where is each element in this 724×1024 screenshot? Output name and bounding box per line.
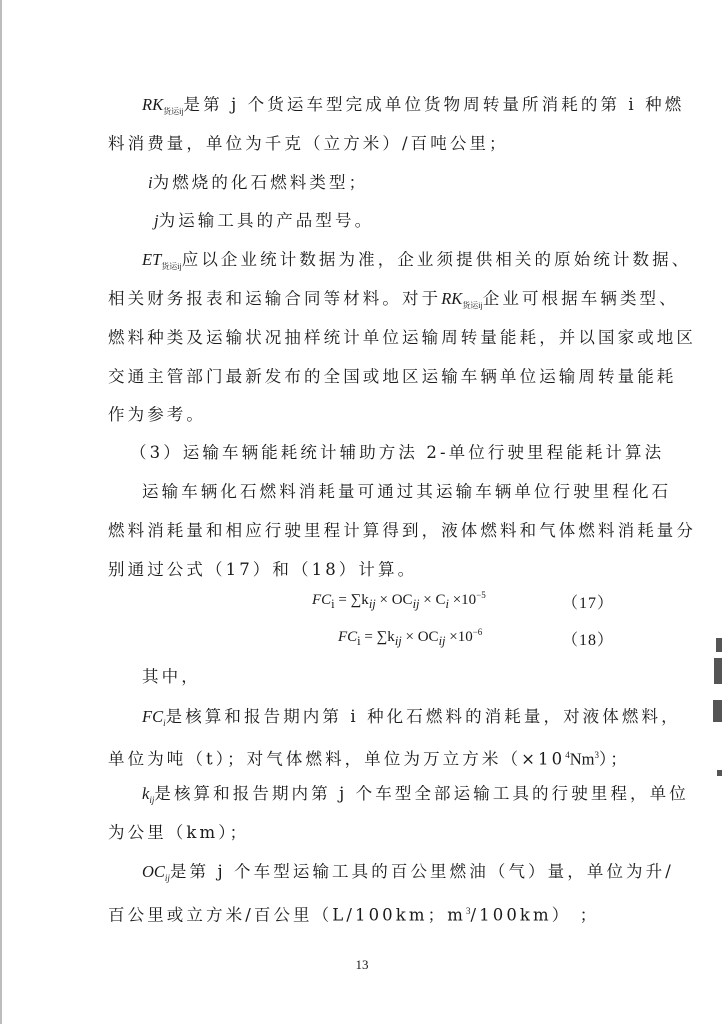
scan-edge-marks <box>712 630 724 780</box>
paragraph-et-line2: 相关财务报表和运输合同等材料。对于RK货运ij企业可根据车辆类型、 <box>108 289 679 316</box>
paragraph-oc-line2: 百公里或立方米/百公里（L/100km；m3/100km） ； <box>108 901 599 926</box>
equation-number-17: （17） <box>562 590 614 613</box>
formula-18: FCi = ∑kij × OCij ×10−6 <box>338 627 482 649</box>
paragraph-fc-line1: FCi是核算和报告期内第 i 种化石燃料的消耗量，对液体燃料， <box>142 707 681 733</box>
paragraph-rk-definition-line2: 料消费量，单位为千克（立方米）/百吨公里； <box>108 134 509 154</box>
page-number: 13 <box>0 957 724 973</box>
paragraph-method-line1: 运输车辆化石燃料消耗量可通过其运输车辆单位行驶里程化石 <box>142 482 671 502</box>
equation-number-18: （18） <box>562 627 614 650</box>
paragraph-et-line3: 燃料种类及运输状况抽样统计单位运输周转量能耗，并以国家或地区 <box>108 328 696 348</box>
formula-17: FCi = ∑kij × OCij × Ci ×10−5 <box>312 590 486 612</box>
paragraph-et-line4: 交通主管部门最新发布的全国或地区运输车辆单位运输周转量能耗 <box>108 367 676 387</box>
paragraph-method-line2: 燃料消耗量和相应行驶里程计算得到，液体燃料和气体燃料消耗量分 <box>108 521 696 541</box>
paragraph-rk-definition-line1: RK货运ij是第 j 个货运车型完成单位货物周转量所消耗的第 i 种燃 <box>142 95 684 122</box>
paragraph-k-line2: 为公里（km）； <box>108 823 249 843</box>
paragraph-i-definition: i为燃烧的化石燃料类型； <box>148 173 368 193</box>
paragraph-oc-line1: OCij是第 j 个车型运输工具的百公里燃油（气）量，单位为升/ <box>142 862 674 888</box>
scan-left-edge <box>0 0 2 1024</box>
where-label: 其中， <box>142 667 201 687</box>
paragraph-et-line1: ET货运ij应以企业统计数据为准，企业须提供相关的原始统计数据、 <box>142 250 691 277</box>
section-heading: （3）运输车辆能耗统计辅助方法 2-单位行驶里程能耗计算法 <box>130 443 664 463</box>
paragraph-k-line1: kij是核算和报告期内第 j 个车型全部运输工具的行驶里程，单位 <box>142 784 689 810</box>
paragraph-et-line5: 作为参考。 <box>108 405 206 425</box>
paragraph-fc-line2: 单位为吨（t）；对气体燃料，单位为万立方米（×104Nm3）； <box>108 745 630 770</box>
paragraph-j-definition: j为运输工具的产品型号。 <box>154 211 374 231</box>
variable-rk: RK货运ij <box>142 95 184 114</box>
paragraph-method-line3: 别通过公式（17）和（18）计算。 <box>108 560 417 580</box>
